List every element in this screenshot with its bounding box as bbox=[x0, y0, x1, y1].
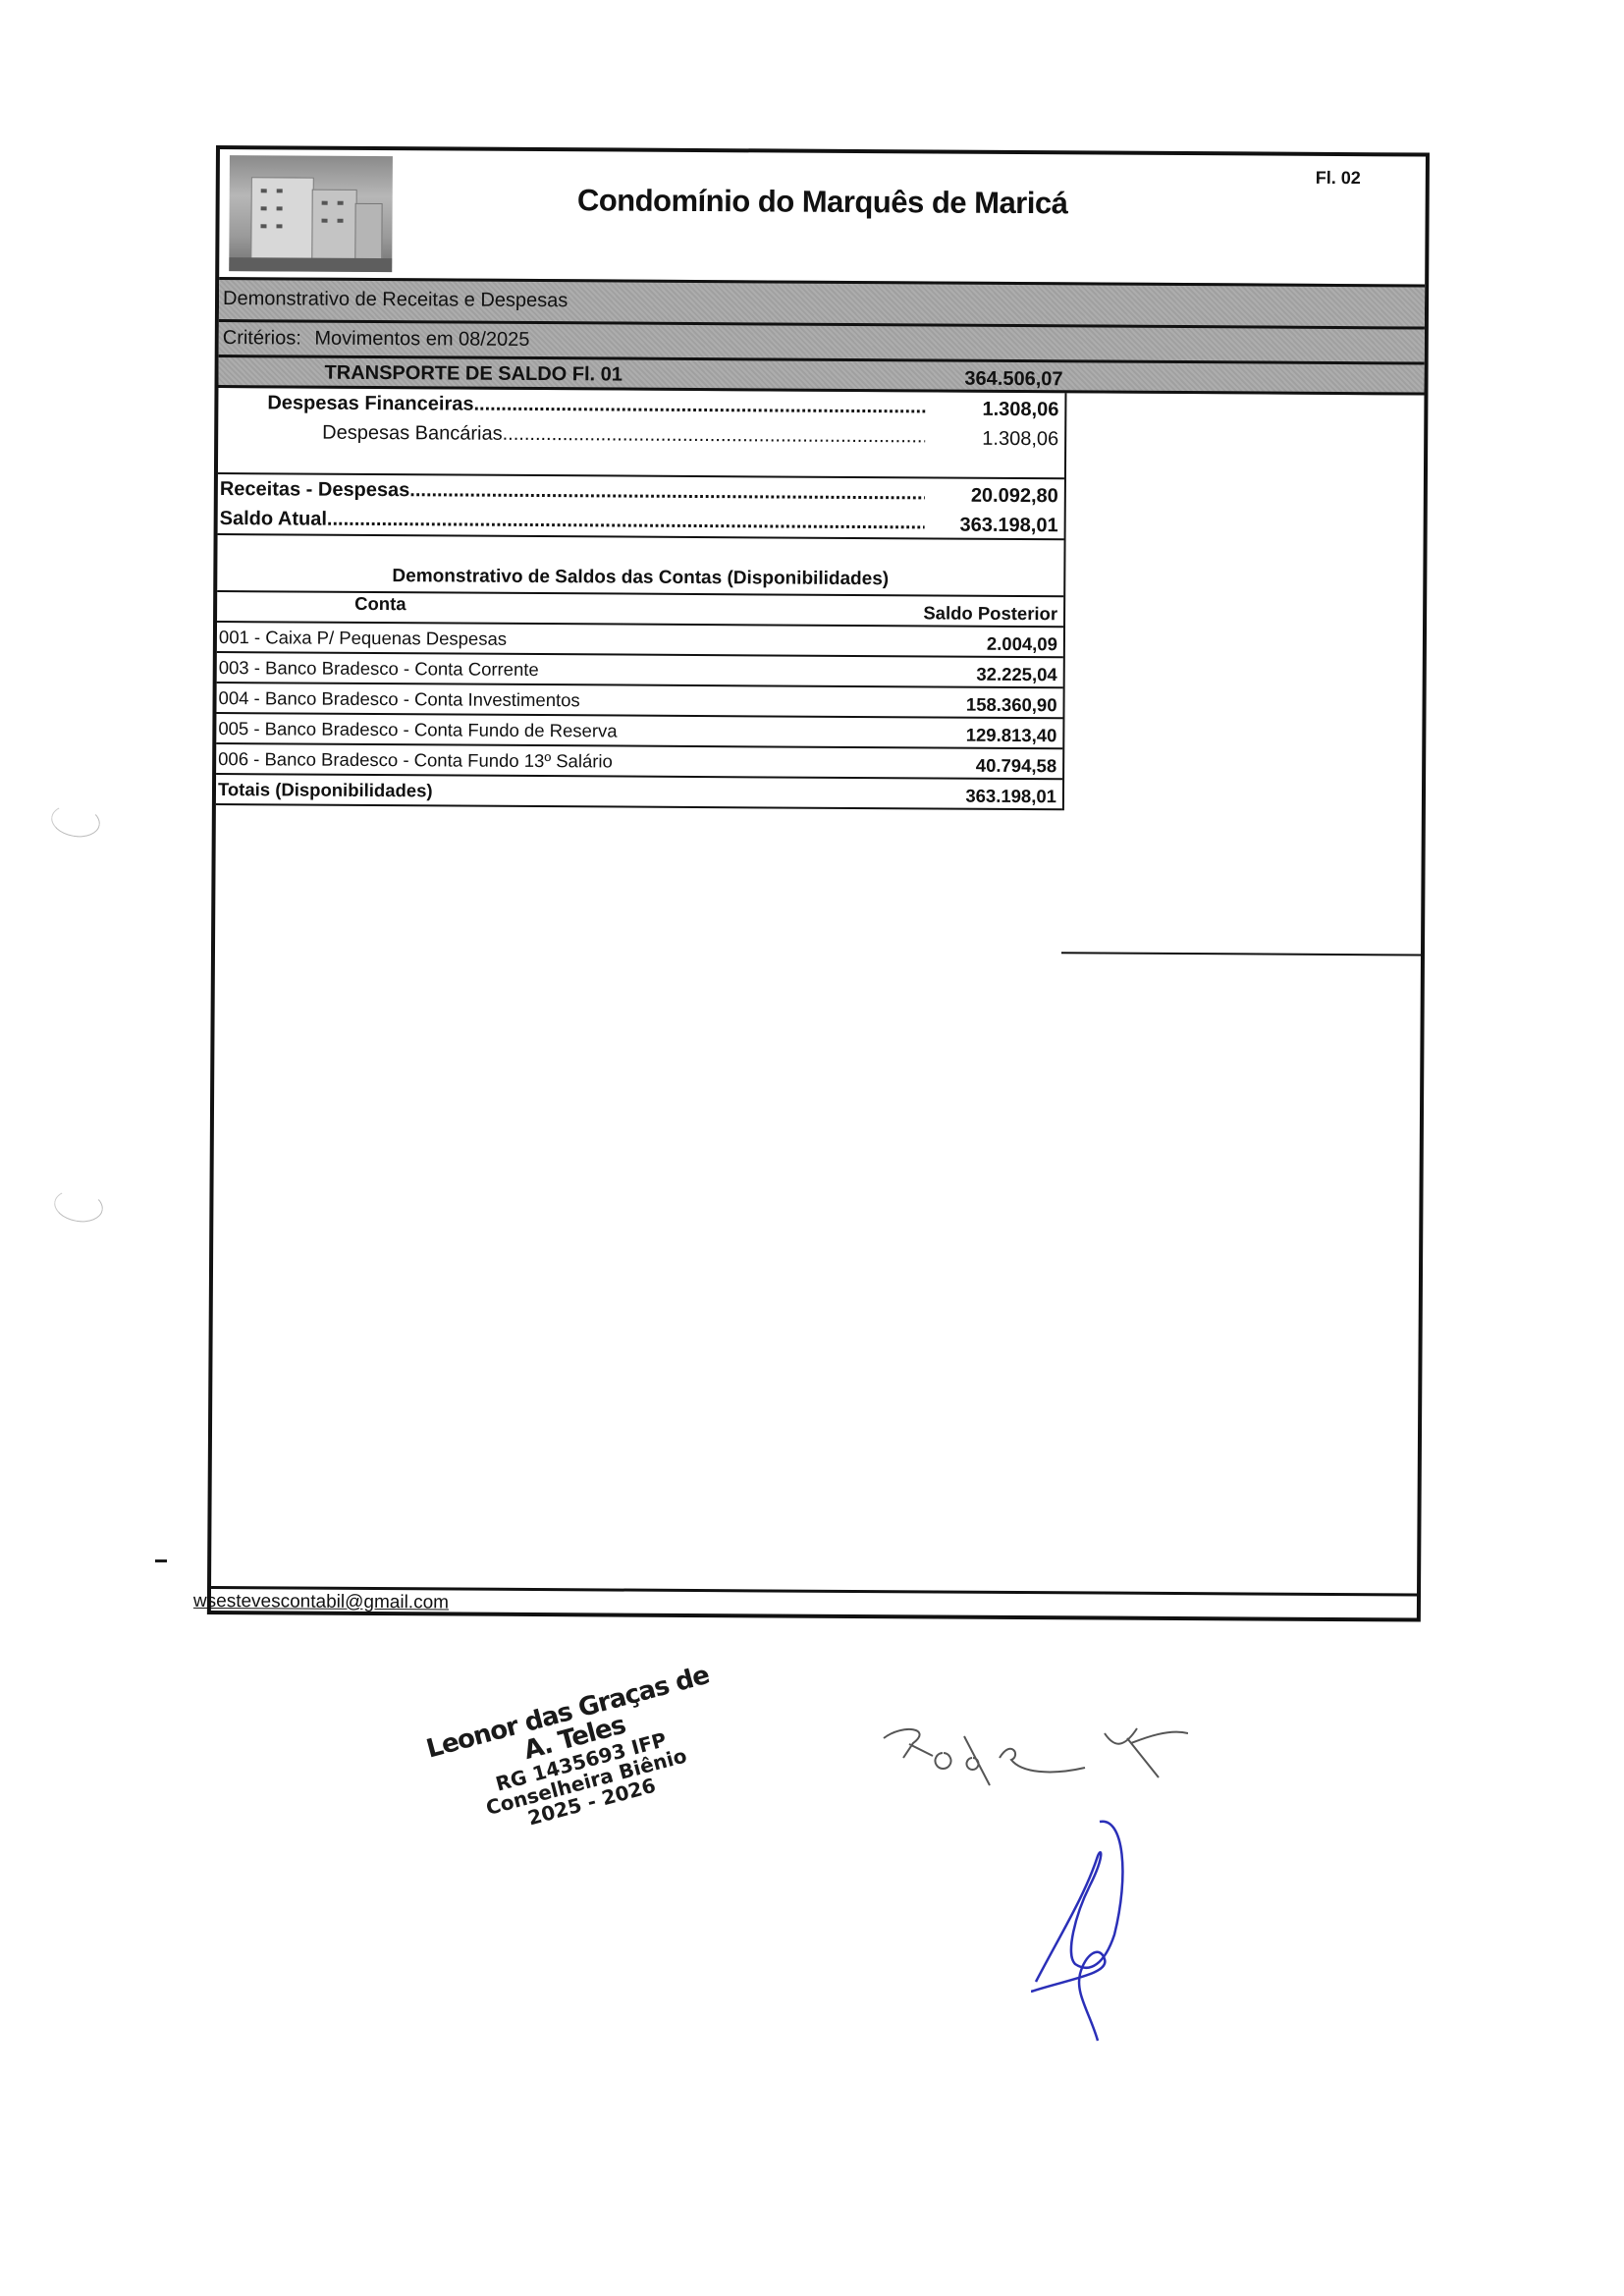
counsellor-stamp: Leonor das Graças de A. Teles RG 1435693… bbox=[422, 1662, 736, 1849]
total-label: Totais (Disponibilidades) bbox=[218, 779, 433, 801]
account-name: 001 - Caixa P/ Pequenas Despesas bbox=[219, 627, 507, 650]
report-title-band: Demonstrativo de Receitas e Despesas bbox=[219, 277, 1425, 327]
account-balance: 158.360,90 bbox=[966, 694, 1057, 717]
summary-label: Receitas - Despesas.....................… bbox=[220, 478, 925, 505]
account-balance: 32.225,04 bbox=[976, 664, 1056, 686]
pencil-signature bbox=[874, 1699, 1188, 1787]
report-frame: Condomínio do Marquês de Maricá Fl. 02 D… bbox=[207, 145, 1430, 1622]
punch-hole bbox=[52, 1186, 106, 1226]
transport-label: TRANSPORTE DE SALDO Fl. 01 bbox=[325, 362, 623, 387]
transport-value: 364.506,07 bbox=[941, 368, 1062, 392]
balances-table: 001 - Caixa P/ Pequenas Despesas2.004,09… bbox=[216, 621, 1063, 778]
contact-email-link[interactable]: wsestevescontabil@gmail.com bbox=[193, 1591, 449, 1614]
account-balance: 129.813,40 bbox=[966, 725, 1057, 747]
expense-row: Despesas Bancárias......................… bbox=[218, 417, 1064, 452]
balances-title-row: Demonstrativo de Saldos das Contas (Disp… bbox=[217, 533, 1063, 595]
condominium-title: Condomínio do Marquês de Maricá bbox=[220, 181, 1426, 224]
account-balance: 40.794,58 bbox=[976, 755, 1056, 778]
summary-value: 20.092,80 bbox=[971, 485, 1058, 509]
column-header-account: Conta bbox=[354, 593, 406, 615]
criteria-label: Critérios: bbox=[223, 327, 301, 349]
table-end-line bbox=[1061, 952, 1421, 956]
expense-value: 1.308,06 bbox=[982, 428, 1058, 451]
report-header: Condomínio do Marquês de Maricá Fl. 02 bbox=[219, 149, 1426, 284]
summary-value: 363.198,01 bbox=[959, 515, 1057, 538]
expenses-list: Despesas Financeiras....................… bbox=[218, 388, 1065, 477]
account-name: 003 - Banco Bradesco - Conta Corrente bbox=[219, 657, 539, 681]
account-name: 006 - Banco Bradesco - Conta Fundo 13º S… bbox=[218, 748, 613, 772]
punch-hole bbox=[49, 801, 103, 841]
account-name: 005 - Banco Bradesco - Conta Fundo de Re… bbox=[218, 718, 617, 741]
balances-title: Demonstrativo de Saldos das Contas (Disp… bbox=[217, 565, 1063, 591]
expense-label: Despesas Bancárias......................… bbox=[322, 422, 925, 449]
balances-total-row: Totais (Disponibilidades) 363.198,01 bbox=[216, 773, 1062, 810]
summary-label: Saldo Atual.............................… bbox=[220, 508, 925, 534]
account-name: 004 - Banco Bradesco - Conta Investiment… bbox=[218, 687, 579, 711]
page-folio: Fl. 02 bbox=[1316, 168, 1361, 189]
document-page: Condomínio do Marquês de Maricá Fl. 02 D… bbox=[0, 0, 1624, 2296]
criteria-value: Movimentos em 08/2025 bbox=[314, 328, 529, 351]
scan-speck bbox=[155, 1559, 167, 1562]
report-body: Despesas Financeiras....................… bbox=[216, 388, 1067, 810]
column-header-balance: Saldo Posterior bbox=[923, 602, 1057, 625]
ink-signature bbox=[1031, 1817, 1159, 2043]
summary-list: Receitas - Despesas.....................… bbox=[218, 472, 1064, 538]
expense-label: Despesas Financeiras....................… bbox=[267, 392, 925, 418]
total-value: 363.198,01 bbox=[965, 786, 1056, 808]
report-title: Demonstrativo de Receitas e Despesas bbox=[223, 288, 568, 311]
expense-value: 1.308,06 bbox=[982, 399, 1058, 421]
account-balance: 2.004,09 bbox=[987, 633, 1057, 655]
